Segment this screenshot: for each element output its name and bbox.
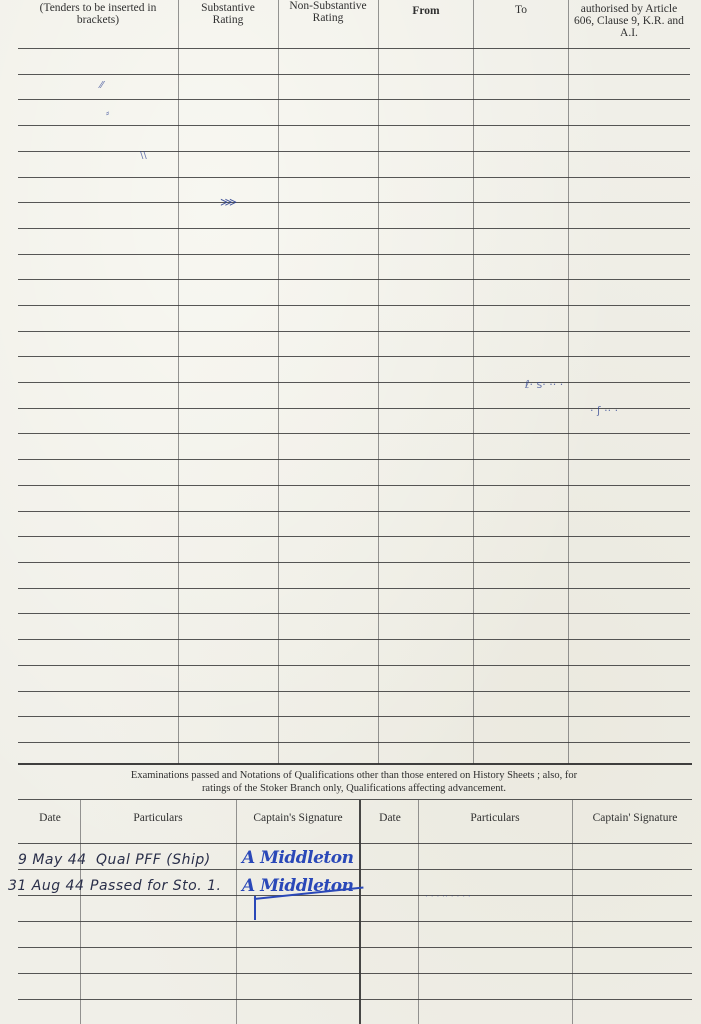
- row-rule: [18, 228, 690, 229]
- col-header-authorised: authorised by Article 606, Clause 9, K.R…: [570, 3, 688, 39]
- row-rule: [18, 151, 690, 152]
- row-rule: [18, 588, 690, 589]
- row-rule: [18, 48, 690, 49]
- signature-tail-stroke: [254, 896, 256, 920]
- exam-col-particulars-right: Particulars: [420, 812, 570, 824]
- row-rule: [18, 356, 690, 357]
- entry-1-signature: A Middleton: [242, 848, 353, 868]
- exam-col-particulars-left: Particulars: [82, 812, 234, 824]
- row-rule: [18, 613, 690, 614]
- row-rule: [18, 254, 690, 255]
- exam-col-signature-left: Captain's Signature: [238, 812, 358, 824]
- row-rule: [18, 459, 690, 460]
- ink-mark: · ʃ ·· ·: [590, 404, 618, 417]
- ink-mark: ⋙: [220, 195, 237, 209]
- center-divider: [359, 800, 361, 1024]
- col-header-from: From: [380, 5, 472, 17]
- row-rule: [18, 279, 690, 280]
- row-rule: [18, 869, 692, 870]
- column-divider: [572, 800, 573, 1024]
- row-rule: [18, 125, 690, 126]
- row-rule: [18, 716, 690, 717]
- examinations-title-line1: Examinations passed and Notations of Qua…: [18, 770, 690, 782]
- column-divider: [418, 800, 419, 1024]
- row-rule: [18, 331, 690, 332]
- row-rule: [18, 511, 690, 512]
- row-rule: [18, 177, 690, 178]
- col-header-substantive-rating: Substantive Rating: [188, 2, 268, 26]
- examinations-title-line2: ratings of the Stoker Branch only, Quali…: [18, 783, 690, 795]
- row-rule: [18, 665, 690, 666]
- row-rule: [18, 843, 692, 844]
- row-rule: [18, 895, 692, 896]
- row-rule: [18, 742, 690, 743]
- ink-mark: ℓ· ꜱ· ·· ·: [525, 378, 563, 391]
- entry-2-particulars: Passed for Sto. 1.: [90, 878, 221, 894]
- column-divider: [80, 800, 81, 1024]
- row-rule: [18, 305, 690, 306]
- entry-2-date: 31 Aug 44: [8, 878, 84, 894]
- row-rule: [18, 999, 692, 1000]
- row-rule: [18, 799, 692, 800]
- entry-1-particulars: Qual PFF (Ship): [96, 852, 211, 868]
- ink-mark: ⁄⁄: [100, 80, 103, 91]
- ink-mark: · · · ·· · · · ·: [425, 892, 471, 902]
- row-rule: [18, 485, 690, 486]
- section-divider: [18, 763, 692, 765]
- row-rule: [18, 562, 690, 563]
- row-rule: [18, 691, 690, 692]
- row-rule: [18, 74, 690, 75]
- row-rule: [18, 639, 690, 640]
- entry-1-date: 9 May 44: [18, 852, 87, 868]
- col-header-to: To: [475, 4, 567, 16]
- row-rule: [18, 99, 690, 100]
- exam-col-date-right: Date: [362, 812, 418, 824]
- row-rule: [18, 973, 692, 974]
- row-rule: [18, 382, 690, 383]
- ink-mark: ⸗: [106, 108, 109, 119]
- ink-mark: \\: [140, 150, 147, 161]
- column-divider: [236, 800, 237, 1024]
- col-header-non-substantive-rating: Non-Substantive Rating: [280, 0, 376, 24]
- row-rule: [18, 536, 690, 537]
- exam-col-signature-right: Captain' Signature: [574, 812, 696, 824]
- row-rule: [18, 947, 692, 948]
- row-rule: [18, 921, 692, 922]
- row-rule: [18, 202, 690, 203]
- form-sheet: [0, 0, 701, 1024]
- exam-col-date-left: Date: [20, 812, 80, 824]
- col-header-tenders: (Tenders to be inserted in brackets): [20, 2, 176, 26]
- row-rule: [18, 433, 690, 434]
